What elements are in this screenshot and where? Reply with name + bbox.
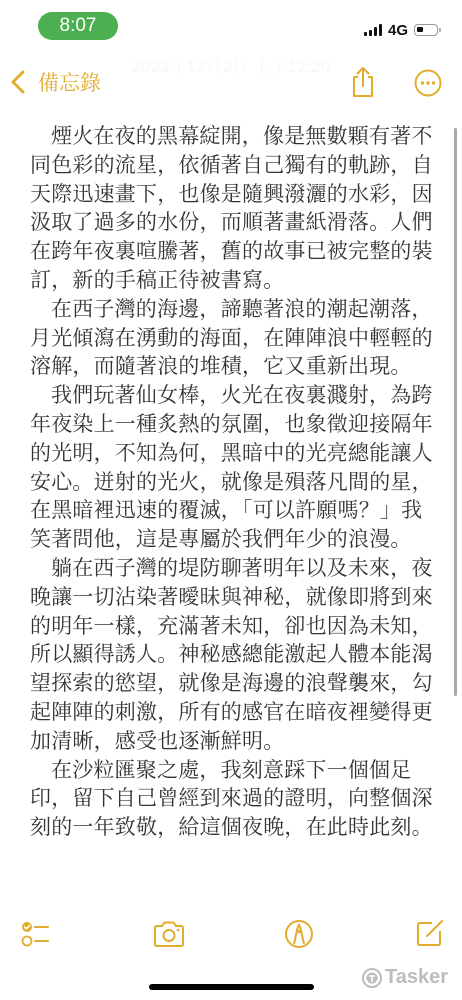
status-indicators: 4G xyxy=(364,20,438,40)
nav-bar: 備忘錄 xyxy=(0,62,462,102)
paragraph: 我們玩著仙女棒，火光在夜裏濺射，為跨 年夜染上一種炙熱的氛圍，也象徵迎接隔年 的… xyxy=(30,381,442,554)
share-icon[interactable] xyxy=(347,65,379,99)
camera-icon[interactable] xyxy=(151,917,187,951)
compose-icon[interactable] xyxy=(412,917,448,951)
note-line: 起陣陣的刺激，所有的感官在暗夜裡變得更 xyxy=(30,698,442,727)
note-line: 在跨年夜裏喧騰著，舊的故事已被完整的裝 xyxy=(30,237,442,266)
back-label: 備忘錄 xyxy=(38,67,101,97)
paragraph: 煙火在夜的黑幕綻開，像是無數顆有著不 同色彩的流星，依循著自己獨有的軌跡，自 天… xyxy=(30,122,442,295)
signal-icon xyxy=(364,24,382,36)
battery-icon xyxy=(414,24,438,36)
chevron-left-icon xyxy=(8,69,30,95)
note-line: 天際迅速畫下，也像是隨興潑灑的水彩，因 xyxy=(30,180,442,209)
note-body[interactable]: 煙火在夜的黑幕綻開，像是無數顆有著不 同色彩的流星，依循著自己獨有的軌跡，自 天… xyxy=(30,122,442,842)
status-bar: 8:07 4G xyxy=(0,0,462,50)
note-line: 笑著問他，這是專屬於我們年少的浪漫。 xyxy=(30,525,442,554)
note-line: 所以顯得誘人。神秘感總能激起人體本能渴 xyxy=(30,640,442,669)
note-line: 的光明，不知為何，黑暗中的光亮總能讓人 xyxy=(30,439,442,468)
checklist-icon[interactable] xyxy=(19,917,55,951)
tasker-watermark: Tasker xyxy=(361,966,448,989)
note-line: 年夜染上一種炙熱的氛圍，也象徵迎接隔年 xyxy=(30,410,442,439)
note-line: 加清晰，感受也逐漸鮮明。 xyxy=(30,727,442,756)
note-line: 印，留下自己曾經到來過的證明，向整個深 xyxy=(30,784,442,813)
status-time: 8:07 xyxy=(38,12,118,40)
note-line: 我們玩著仙女棒，火光在夜裏濺射，為跨 xyxy=(30,381,442,410)
paragraph: 在西子灣的海邊，諦聽著浪的潮起潮落， 月光傾瀉在湧動的海面，在陣陣浪中輕輕的 溶… xyxy=(30,295,442,381)
note-line: 躺在西子灣的堤防聊著明年以及未來，夜 xyxy=(30,554,442,583)
markup-pen-icon[interactable] xyxy=(281,917,317,951)
paragraph: 在沙粒匯聚之處，我刻意踩下一個個足 印，留下自己曾經到來過的證明，向整個深 刻的… xyxy=(30,756,442,842)
note-line: 訂，新的手稿正待被書寫。 xyxy=(30,266,442,295)
back-button[interactable]: 備忘錄 xyxy=(8,66,101,98)
scroll-indicator[interactable] xyxy=(454,128,457,696)
note-line: 在西子灣的海邊，諦聽著浪的潮起潮落， xyxy=(30,295,442,324)
note-line: 溶解，而隨著浪的堆積，它又重新出現。 xyxy=(30,352,442,381)
home-indicator[interactable] xyxy=(149,984,314,990)
note-line: 在黑暗裡迅速的覆滅，「可以許願嗎？」我 xyxy=(30,496,442,525)
network-type: 4G xyxy=(388,22,408,39)
bottom-toolbar xyxy=(0,915,462,955)
note-line: 煙火在夜的黑幕綻開，像是無數顆有著不 xyxy=(30,122,442,151)
note-line: 刻的一年致敬，給這個夜晚，在此時此刻。 xyxy=(30,813,442,842)
watermark-text: Tasker xyxy=(385,966,448,989)
note-line: 望探索的慾望，就像是海邊的浪聲襲來，勾 xyxy=(30,669,442,698)
note-line: 安心。迸射的光火，就像是殞落凡間的星， xyxy=(30,468,442,497)
note-line: 同色彩的流星，依循著自己獨有的軌跡，自 xyxy=(30,151,442,180)
ellipsis-circle-icon[interactable] xyxy=(412,65,444,99)
note-line: 汲取了過多的水份，而順著畫紙滑落。人們 xyxy=(30,208,442,237)
tasker-logo-icon xyxy=(361,967,383,989)
note-line: 在沙粒匯聚之處，我刻意踩下一個個足 xyxy=(30,756,442,785)
note-line: 晚讓一切沾染著曖昧與神秘，就像即將到來 xyxy=(30,583,442,612)
paragraph: 躺在西子灣的堤防聊著明年以及未來，夜 晚讓一切沾染著曖昧與神秘，就像即將到來 的… xyxy=(30,554,442,756)
note-line: 的明年一樣，充滿著未知，卻也因為未知， xyxy=(30,612,442,641)
note-line: 月光傾瀉在湧動的海面，在陣陣浪中輕輕的 xyxy=(30,324,442,353)
